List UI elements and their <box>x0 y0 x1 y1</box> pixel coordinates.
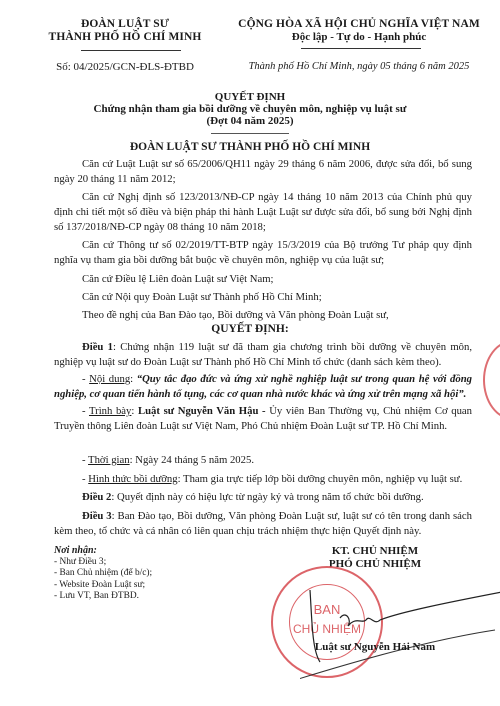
org-name: ĐOÀN LUẬT SƯ THÀNH PHỐ HỒ CHÍ MINH <box>40 18 210 44</box>
preamble-decree: Căn cứ Nghị định số 123/2013/NĐ-CP ngày … <box>54 190 472 235</box>
article-1-form: - Hình thức bồi dưỡng: Tham gia trực tiế… <box>54 472 472 487</box>
article-1-time: - Thời gian: Ngày 24 tháng 5 năm 2025. <box>54 453 472 468</box>
article-1: Điều 1: Chứng nhận 119 luật sư đã tham g… <box>54 340 472 370</box>
recipients-title: Nơi nhận: <box>54 545 214 557</box>
recipient-item: - Website Đoàn Luật sư; <box>54 580 214 592</box>
page-edge-seal <box>483 340 500 420</box>
handwritten-signature <box>300 580 500 680</box>
article-1-content: - Nội dung: “Quy tắc đạo đức và ứng xử n… <box>54 372 472 402</box>
recipient-item: - Ban Chủ nhiệm (để b/c); <box>54 568 214 580</box>
signature-title-line1: KT. CHỦ NHIỆM <box>280 545 470 558</box>
header-left-divider <box>81 50 181 51</box>
title-divider <box>211 133 289 134</box>
recipient-item: - Như Điều 3; <box>54 557 214 569</box>
place-date: Thành phố Hồ Chí Minh, ngày 05 tháng 6 n… <box>218 61 500 72</box>
preamble-law: Căn cứ Luật Luật sư số 65/2006/QH11 ngày… <box>54 157 472 187</box>
org-name-line2: THÀNH PHỐ HỒ CHÍ MINH <box>40 31 210 44</box>
issuer-title: ĐOÀN LUẬT SƯ THÀNH PHỐ HỒ CHÍ MINH <box>50 140 450 154</box>
article-2: Điều 2: Quyết định này có hiệu lực từ ng… <box>54 490 472 505</box>
document-number: Số: 04/2025/GCN-ĐLS-ĐTBD <box>30 61 220 73</box>
preamble-circular: Căn cứ Thông tư số 02/2019/TT-BTP ngày 1… <box>54 238 472 268</box>
article-3: Điều 3: Ban Đào tạo, Bồi dưỡng, Văn phòn… <box>54 509 472 539</box>
preamble-charter: Căn cứ Điều lệ Liên đoàn Luật sư Việt Na… <box>54 272 472 287</box>
preamble-proposal: Theo đề nghị của Ban Đào tạo, Bồi dưỡng … <box>54 308 472 323</box>
signer-name: Luật sư Nguyễn Hải Nam <box>280 641 470 653</box>
article-1-presenter: - Trình bày: Luật sư Nguyễn Văn Hậu - Ủy… <box>54 404 472 434</box>
national-motto: Độc lập - Tự do - Hạnh phúc <box>218 31 500 44</box>
preamble-rules: Căn cứ Nội quy Đoàn Luật sư Thành phố Hồ… <box>54 290 472 305</box>
decision-heading: QUYẾT ĐỊNH: <box>50 323 450 335</box>
decision-batch: (Đợt 04 năm 2025) <box>50 115 450 128</box>
header-right-divider <box>301 48 421 49</box>
signature-title: KT. CHỦ NHIỆM PHÓ CHỦ NHIỆM <box>280 545 470 571</box>
recipients-list: Nơi nhận: - Như Điều 3; - Ban Chủ nhiệm … <box>54 545 214 603</box>
national-title: CỘNG HÒA XÃ HỘI CHỦ NGHĨA VIỆT NAM <box>218 18 500 31</box>
org-name-line1: ĐOÀN LUẬT SƯ <box>40 18 210 31</box>
recipient-item: - Lưu VT, Ban ĐTBD. <box>54 591 214 603</box>
